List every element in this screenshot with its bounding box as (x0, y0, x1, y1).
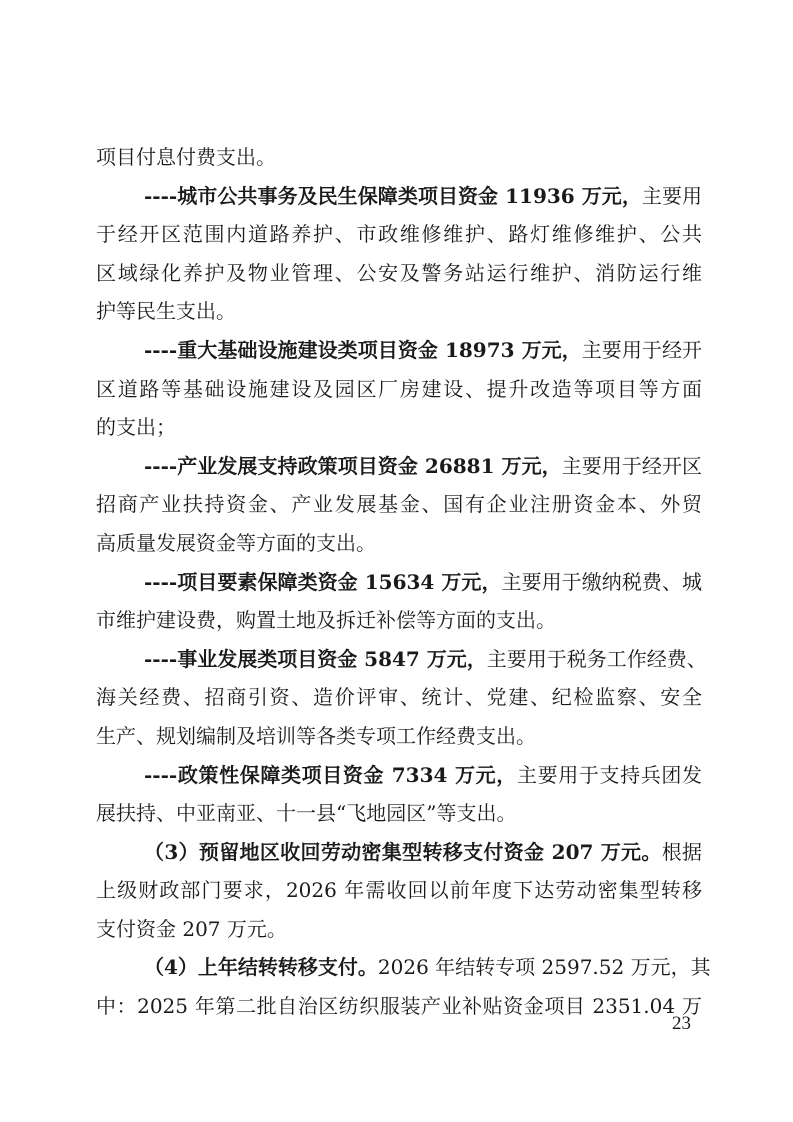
body-text: 区域绿化养护及物业管理、公安及警务站运行维护、消防运行维 (96, 261, 702, 285)
text-line: ----项目要素保障类资金 15634 万元，主要用于缴纳税费、城 (96, 563, 702, 602)
text-line: 中：2025 年第二批自治区纺织服装产业补贴资金项目 2351.04 万 (96, 987, 702, 1026)
text-line: ----产业发展支持政策项目资金 26881 万元，主要用于经开区 (96, 447, 702, 486)
text-line: 上级财政部门要求，2026 年需收回以前年度下达劳动密集型转移 (96, 871, 702, 910)
text-line: 区域绿化养护及物业管理、公安及警务站运行维护、消防运行维 (96, 254, 702, 293)
text-line: 于经开区范围内道路养护、市政维修维护、路灯维修维护、公共 (96, 215, 702, 254)
bold-heading-text: （3）预留地区收回劳动密集型转移支付资金 207 万元。 (144, 840, 662, 864)
bold-heading-text: ----政策性保障类项目资金 7334 万元， (144, 763, 517, 787)
body-text: 主要用于经开区 (562, 454, 702, 478)
body-text: 主要用 (642, 184, 702, 208)
body-text: 的支出； (96, 415, 176, 439)
body-text: 展扶持、中亚南亚、十一县“飞地园区”等支出。 (96, 801, 516, 825)
text-line: 市维护建设费，购置土地及拆迁补偿等方面的支出。 (96, 601, 702, 640)
body-text: 高质量发展资金等方面的支出。 (96, 531, 376, 555)
body-text: 主要用于税务工作经费、 (487, 647, 707, 671)
text-line: 项目付息付费支出。 (96, 138, 702, 177)
body-text: 于经开区范围内道路养护、市政维修维护、路灯维修维护、公共 (96, 222, 702, 246)
text-line: 生产、规划编制及培训等各类专项工作经费支出。 (96, 717, 702, 756)
body-text: 招商产业扶持资金、产业发展基金、国有企业注册资金本、外贸 (96, 492, 702, 516)
bold-heading-text: ----事业发展类项目资金 5847 万元， (144, 647, 487, 671)
text-line: 护等民生支出。 (96, 292, 702, 331)
text-line: ----重大基础设施建设类项目资金 18973 万元，主要用于经开 (96, 331, 702, 370)
page-number: 23 (672, 1013, 691, 1035)
bold-heading-text: （4）上年结转转移支付。 (144, 955, 378, 979)
text-line: 海关经费、招商引资、造价评审、统计、党建、纪检监察、安全 (96, 678, 702, 717)
text-line: （3）预留地区收回劳动密集型转移支付资金 207 万元。根据 (96, 833, 702, 872)
text-line: ----城市公共事务及民生保障类项目资金 11936 万元，主要用 (96, 177, 702, 216)
text-line: 的支出； (96, 408, 702, 447)
body-text: 中：2025 年第二批自治区纺织服装产业补贴资金项目 2351.04 万 (96, 994, 702, 1018)
body-text: 主要用于支持兵团发 (517, 763, 702, 787)
text-line: 招商产业扶持资金、产业发展基金、国有企业注册资金本、外贸 (96, 485, 702, 524)
text-line: ----政策性保障类项目资金 7334 万元，主要用于支持兵团发 (96, 756, 702, 795)
body-text: 支付资金 207 万元。 (96, 917, 287, 941)
text-line: ----事业发展类项目资金 5847 万元，主要用于税务工作经费、 (96, 640, 702, 679)
body-text: 主要用于缴纳税费、城 (502, 570, 702, 594)
text-line: （4）上年结转转移支付。2026 年结转专项 2597.52 万元，其 (96, 948, 702, 987)
body-text: 主要用于经开 (582, 338, 702, 362)
bold-heading-text: ----项目要素保障类资金 15634 万元， (144, 570, 502, 594)
text-line: 高质量发展资金等方面的支出。 (96, 524, 702, 563)
body-text: 生产、规划编制及培训等各类专项工作经费支出。 (96, 724, 536, 748)
body-text: 区道路等基础设施建设及园区厂房建设、提升改造等项目等方面 (96, 377, 702, 401)
body-text: 项目付息付费支出。 (96, 145, 276, 169)
document-body: 项目付息付费支出。----城市公共事务及民生保障类项目资金 11936 万元，主… (96, 138, 702, 1026)
bold-heading-text: ----重大基础设施建设类项目资金 18973 万元， (144, 338, 582, 362)
body-text: 上级财政部门要求，2026 年需收回以前年度下达劳动密集型转移 (96, 878, 702, 902)
body-text: 2026 年结转专项 2597.52 万元，其 (378, 955, 711, 979)
bold-heading-text: ----产业发展支持政策项目资金 26881 万元， (144, 454, 562, 478)
body-text: 根据 (662, 840, 702, 864)
text-line: 区道路等基础设施建设及园区厂房建设、提升改造等项目等方面 (96, 370, 702, 409)
text-line: 展扶持、中亚南亚、十一县“飞地园区”等支出。 (96, 794, 702, 833)
bold-heading-text: ----城市公共事务及民生保障类项目资金 11936 万元， (144, 184, 642, 208)
text-line: 支付资金 207 万元。 (96, 910, 702, 949)
body-text: 市维护建设费，购置土地及拆迁补偿等方面的支出。 (96, 608, 556, 632)
body-text: 海关经费、招商引资、造价评审、统计、党建、纪检监察、安全 (96, 685, 702, 709)
body-text: 护等民生支出。 (96, 299, 236, 323)
